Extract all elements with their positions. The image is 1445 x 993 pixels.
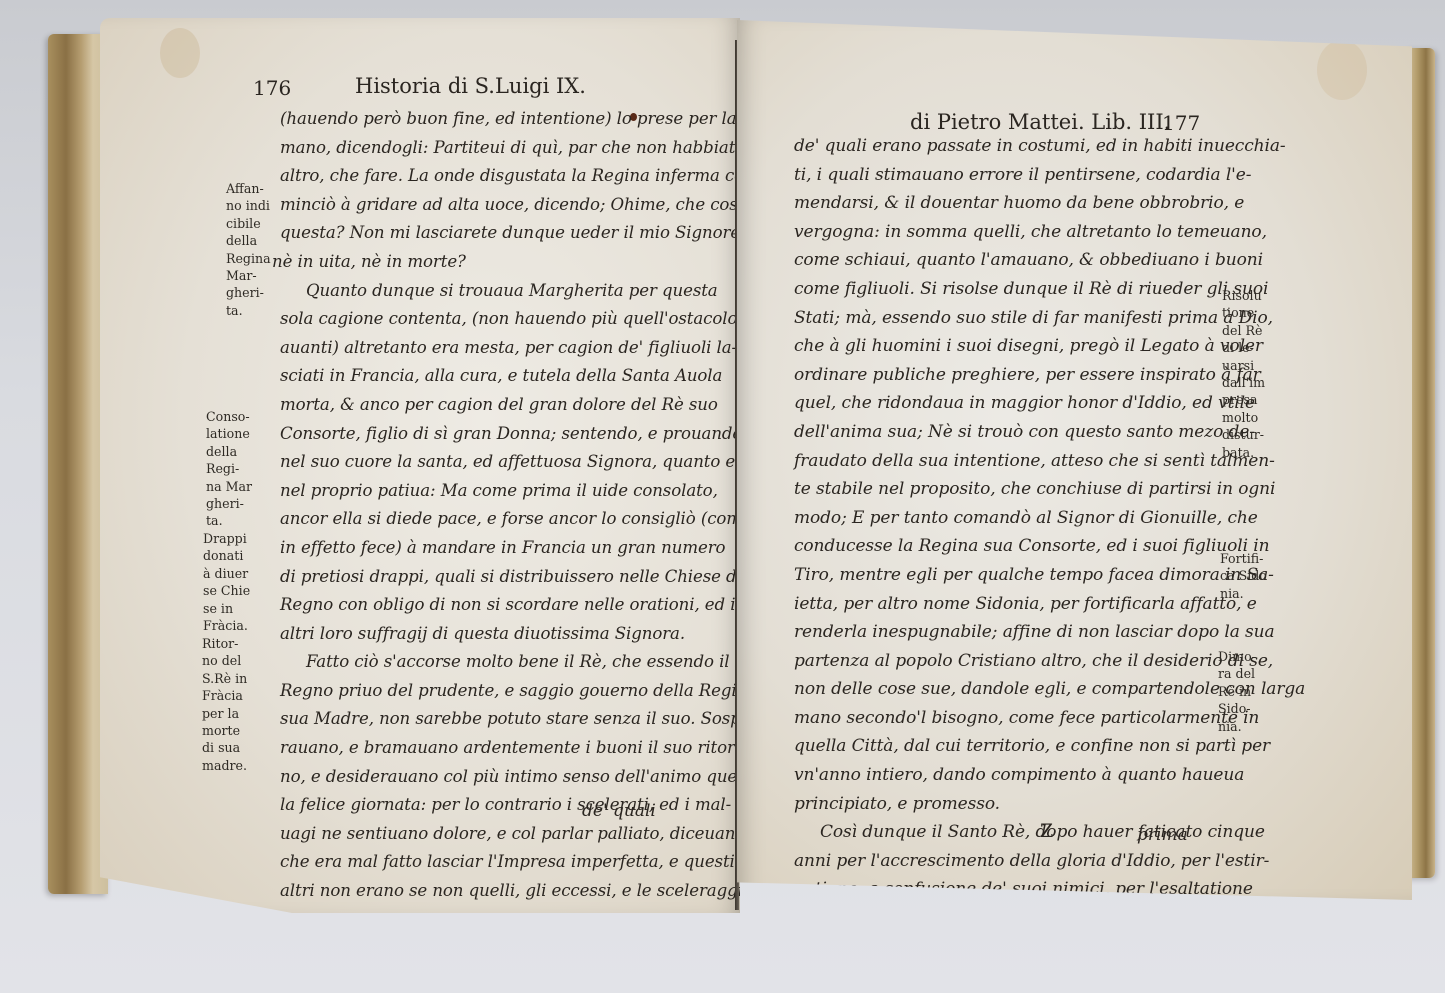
text-line: anni per l'accrescimento della gloria d'… xyxy=(794,847,1305,876)
text-line: la felice giornata: per lo contrario i s… xyxy=(280,791,764,820)
margin-note-consolatione: Conso- latione della Regi- na Mar gheri-… xyxy=(206,408,252,530)
catchword-right: prima xyxy=(1137,825,1188,845)
text-line: in effetto fece) à mandare in Francia un… xyxy=(280,534,764,563)
margin-note-risolutione: Risolu tione del Rè di le- uarsi dall'im… xyxy=(1222,287,1265,461)
text-line: patione, e confusione de' suoi nimici, p… xyxy=(794,875,1305,904)
signature-mark: Z xyxy=(1040,820,1053,842)
text-line: principiato, e promesso. xyxy=(794,790,1305,819)
text-line: come schiaui, quanto l'amauano, & obbedi… xyxy=(794,246,1305,275)
text-line: che era mal fatto lasciar l'Impresa impe… xyxy=(280,848,764,877)
text-line: te stabile nel proposito, che conchiuse … xyxy=(794,475,1305,504)
text-line: Fatto ciò s'accorse molto bene il Rè, ch… xyxy=(280,648,764,677)
text-line: ancor ella si diede pace, e forse ancor … xyxy=(280,505,764,534)
text-line: mendarsi, & il douentar huomo da bene ob… xyxy=(794,189,1305,218)
text-line: vn'anno intiero, dando compimento à quan… xyxy=(794,761,1305,790)
open-book: 176 Historia di S.Luigi IX. (hauendo per… xyxy=(0,0,1445,993)
running-head-right: di Pietro Mattei. Lib. III. xyxy=(910,110,1170,134)
text-line: della Croce, si risolse di riueder la Fr… xyxy=(794,904,1305,933)
text-line: renderla inespugnabile; affine di non la… xyxy=(794,618,1305,647)
margin-note-affanno: Affan- no indi cibile della Regina Mar- … xyxy=(226,180,271,319)
text-line: rauano, e bramauano ardentemente i buoni… xyxy=(280,734,764,763)
text-line: Regno con obligo di non si scordare nell… xyxy=(280,591,764,620)
text-line: modo; E per tanto comandò al Signor di G… xyxy=(794,504,1305,533)
margin-note-dimora: Dimo- ra del Rè in Sido- nia. xyxy=(1218,648,1256,735)
text-line: altro, che fare. La onde disgustata la R… xyxy=(280,162,764,191)
running-head-left: Historia di S.Luigi IX. xyxy=(355,74,586,98)
text-line: vergogna: in somma quelli, che altretant… xyxy=(794,218,1305,247)
text-line: Quanto dunque si trouaua Margherita per … xyxy=(280,277,764,306)
text-line: quella Città, dal cui territorio, e conf… xyxy=(794,732,1305,761)
text-line: auanti) altretanto era mesta, per cagion… xyxy=(280,334,764,363)
right-page: di Pietro Mattei. Lib. III. 177 de' qual… xyxy=(737,20,1412,900)
left-body-text: (hauendo però buon fine, ed intentione) … xyxy=(280,105,764,906)
left-page-edges xyxy=(48,34,108,894)
margin-note-fortifica: Fortifi- ca Sido nia. xyxy=(1220,550,1267,602)
text-line: (hauendo però buon fine, ed intentione) … xyxy=(280,105,764,134)
page-number-left: 176 xyxy=(253,76,291,100)
foxing-stain xyxy=(1317,40,1367,100)
text-line: no, e desiderauano col più intimo senso … xyxy=(280,763,764,792)
text-line: sola cagione contenta, (non hauendo più … xyxy=(280,305,764,334)
text-line: mano, dicendogli: Partiteui di quì, par … xyxy=(280,134,764,163)
text-line: uagi ne sentiuano dolore, e col parlar p… xyxy=(280,820,764,849)
text-line: nel suo cuore la santa, ed affettuosa Si… xyxy=(280,448,764,477)
text-line: questa? Non mi lasciarete dunque ueder i… xyxy=(280,219,764,248)
text-line: Consorte, figlio di sì gran Donna; sente… xyxy=(280,420,764,449)
catchword-left: de' quali xyxy=(582,801,656,821)
text-line: altri non erano se non quelli, gli ecces… xyxy=(280,877,764,906)
text-line: morta, & anco per cagion del gran dolore… xyxy=(280,391,764,420)
text-line: altri loro suffragij di questa diuotissi… xyxy=(280,620,764,649)
text-line: nè in uita, nè in morte? xyxy=(272,248,764,277)
foxing-stain xyxy=(160,28,200,78)
right-body-text: de' quali erano passate in costumi, ed i… xyxy=(794,132,1305,933)
text-line: nel proprio patiua: Ma come prima il uid… xyxy=(280,477,764,506)
text-line: sua Madre, non sarebbe potuto stare senz… xyxy=(280,705,764,734)
text-line: minciò à gridare ad alta uoce, dicendo; … xyxy=(280,191,764,220)
margin-note-ritorno: Ritor- no del S.Rè in Fràcia per la mort… xyxy=(202,635,247,774)
text-line: di pretiosi drappi, quali si distribuiss… xyxy=(280,563,764,592)
text-line: Regno priuo del prudente, e saggio gouer… xyxy=(280,677,764,706)
text-line: ti, i quali stimauano errore il pentirse… xyxy=(794,161,1305,190)
text-line: de' quali erano passate in costumi, ed i… xyxy=(794,132,1305,161)
margin-note-drappi: Drappi donati à diuer se Chie se in Fràc… xyxy=(203,530,250,634)
left-page: 176 Historia di S.Luigi IX. (hauendo per… xyxy=(100,18,740,913)
text-line: sciati in Francia, alla cura, e tutela d… xyxy=(280,362,764,391)
